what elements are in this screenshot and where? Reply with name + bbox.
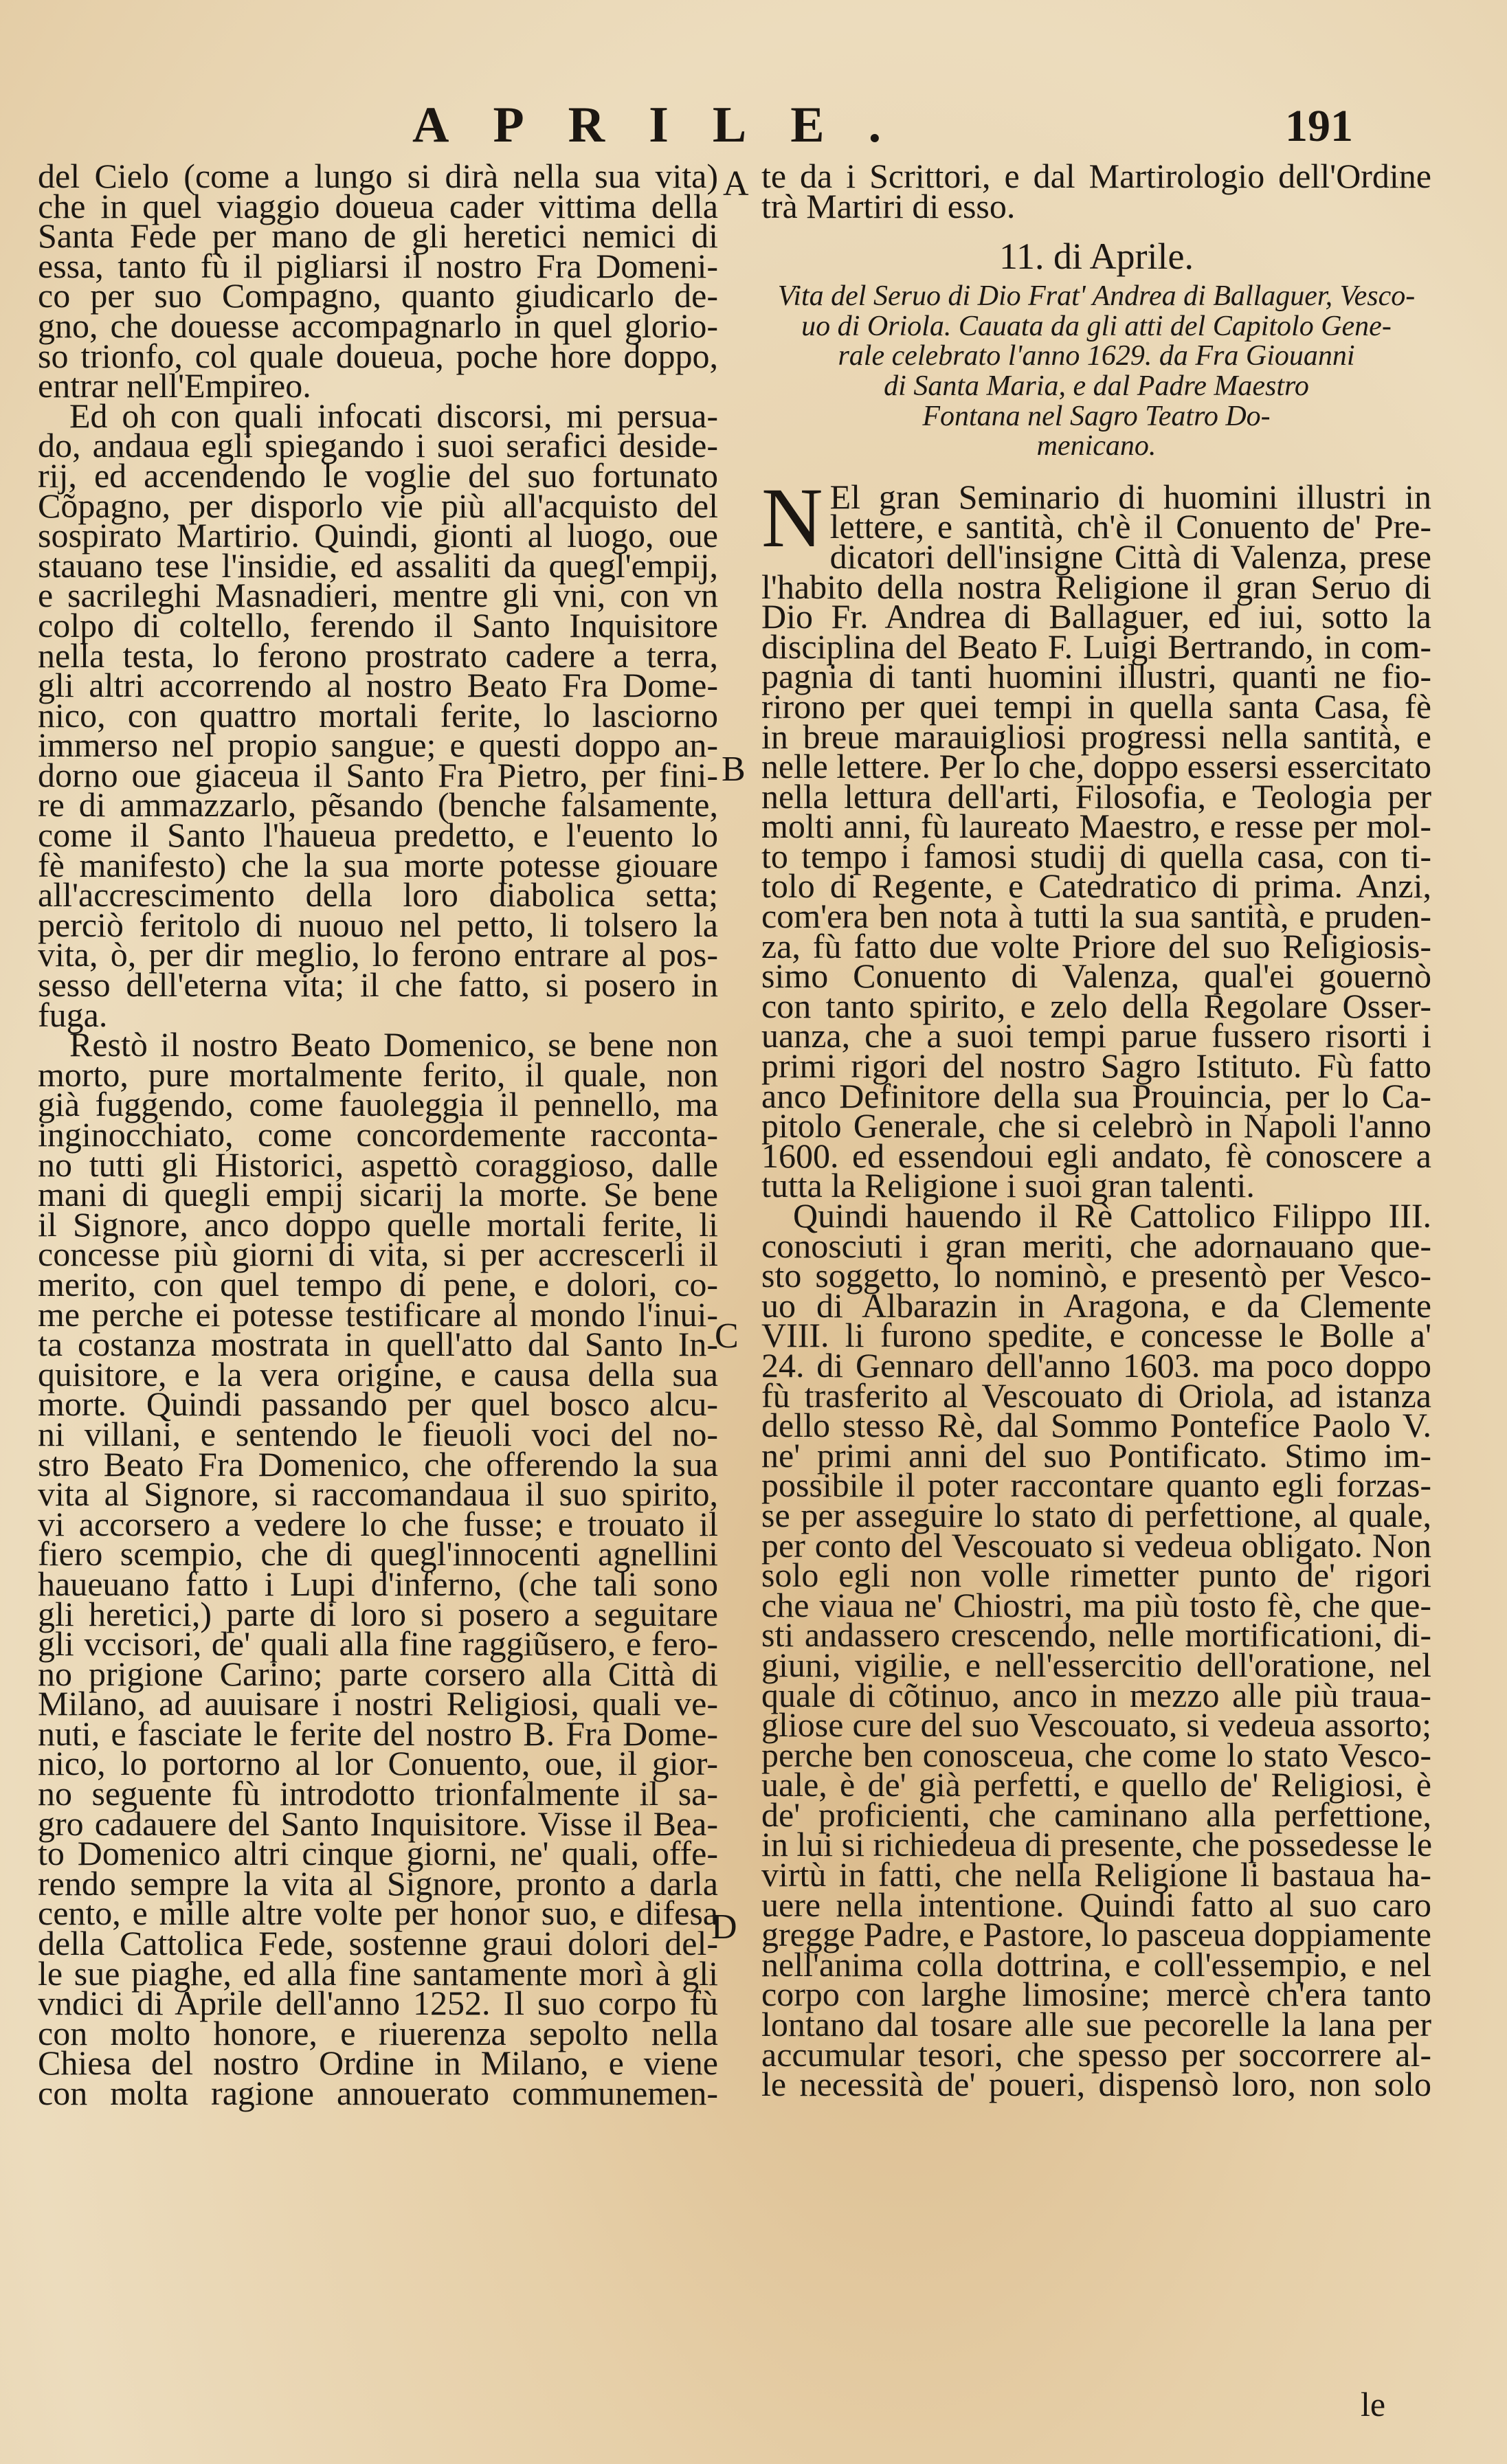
- text-line: con molta ragione annouerato communemen-: [38, 2079, 718, 2109]
- running-title: APRILE.: [412, 96, 925, 155]
- margin-letter-a: A: [723, 164, 749, 204]
- title-line: menicano.: [761, 432, 1431, 462]
- title-line: Vita del Seruo di Dio Frat' Andrea di Ba…: [761, 282, 1431, 312]
- title-line: rale celebrato l'anno 1629. da Fra Gioua…: [761, 341, 1431, 372]
- text-line: sesso dell'eterna vita; il che fatto, si…: [38, 970, 718, 1000]
- section-body: N El gran Seminario di huomini illustri …: [761, 482, 1431, 2100]
- margin-letter-d: D: [711, 1907, 737, 1947]
- continuation-text: te da i Scrittori, e dal Martirologio de…: [761, 161, 1431, 221]
- text-line: le necessità de' poueri, dispensò loro, …: [761, 2070, 1431, 2100]
- title-line: Fontana nel Sagro Teatro Do-: [761, 402, 1431, 432]
- margin-letter-c: C: [715, 1316, 739, 1356]
- page-number: 191: [1285, 100, 1353, 153]
- right-column: te da i Scrittori, e dal Martirologio de…: [761, 161, 1431, 2100]
- title-line: di Santa Maria, e dal Padre Maestro: [761, 372, 1431, 402]
- drop-cap: N: [761, 485, 823, 551]
- text-line: trà Martiri di esso.: [761, 192, 1431, 222]
- section-date: 11. di Aprile.: [761, 231, 1431, 282]
- text-line: nelle lettere. Per lo che, doppo essersi…: [761, 752, 1431, 782]
- margin-letter-b: B: [722, 749, 746, 789]
- left-column: del Cielo (come a lungo si dirà nella su…: [38, 161, 718, 2109]
- title-line: uo di Oriola. Cauata da gli atti del Cap…: [761, 312, 1431, 342]
- catchword: le: [1361, 2384, 1385, 2424]
- section-title: Vita del Seruo di Dio Frat' Andrea di Ba…: [761, 282, 1431, 462]
